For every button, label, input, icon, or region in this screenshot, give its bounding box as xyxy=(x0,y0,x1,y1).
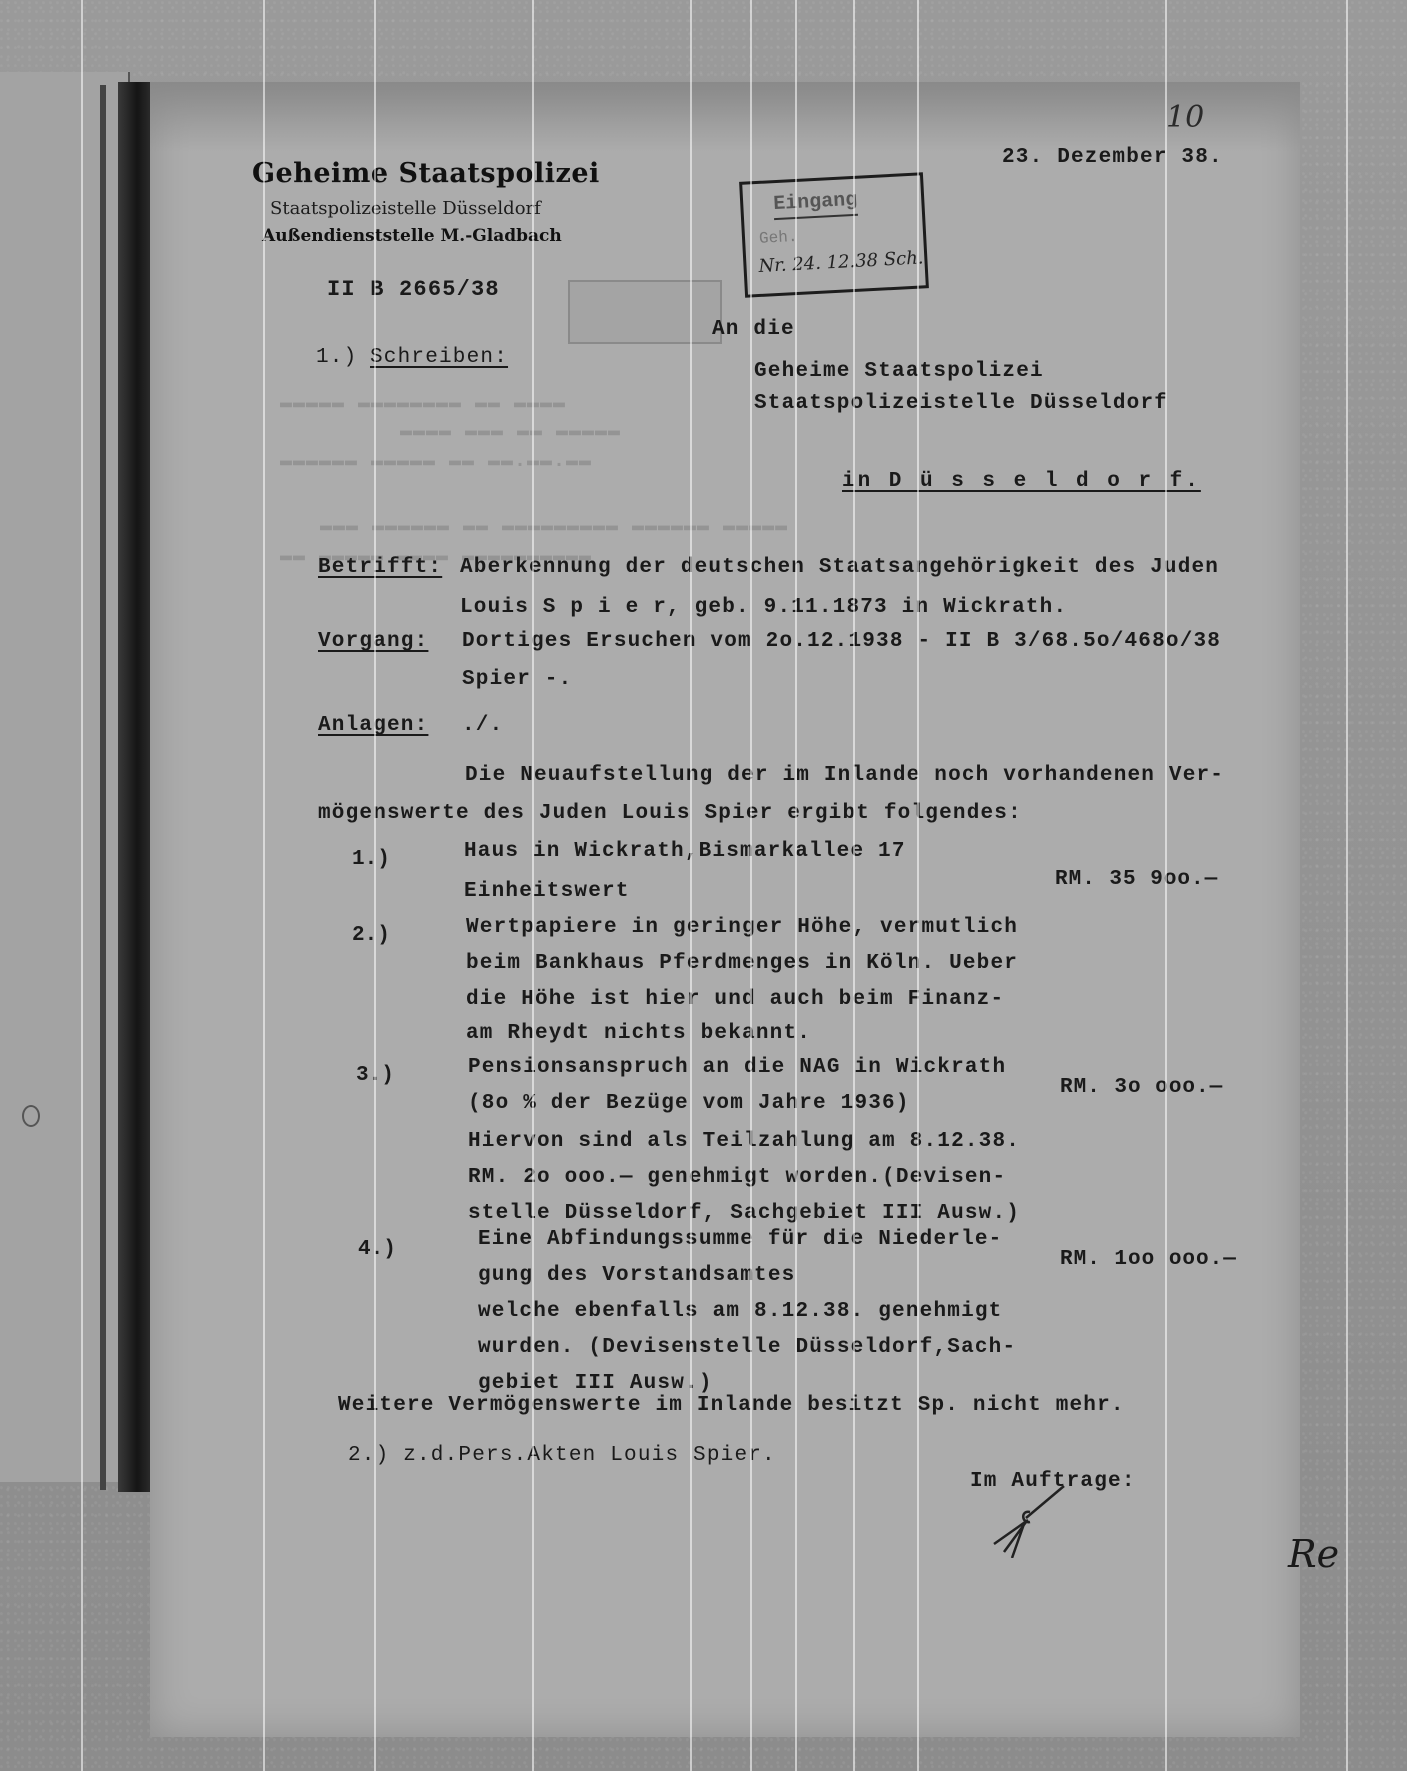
bleed-through-text: ▬▬▬▬▬▬ ▬▬▬▬▬ ▬▬ ▬▬.▬▬.▬▬ xyxy=(280,450,592,473)
receipt-stamp: Eingang Geh. Nr. 24. 12.38 Sch. xyxy=(739,172,929,297)
item-amount: RM. 1oo ooo.— xyxy=(1060,1248,1237,1271)
item-line: (8o % der Bezüge vom Jahre 1936) xyxy=(468,1092,910,1115)
section-1-number: 1.) xyxy=(316,346,357,369)
scan-streak xyxy=(690,0,692,1771)
bleed-through-text: ▬▬▬▬▬ ▬▬▬▬▬▬▬▬ ▬▬ ▬▬▬▬ xyxy=(280,392,566,415)
item-line: stelle Düsseldorf, Sachgebiet III Ausw.) xyxy=(468,1202,1020,1225)
reference-number: II B 2665/38 xyxy=(327,277,500,302)
field-value-line: Aberkennung der deutschen Staatsangehöri… xyxy=(460,556,1219,579)
item-line: die Höhe ist hier und auch beim Finanz- xyxy=(466,988,1004,1011)
bleed-through-text: ▬▬▬▬ ▬▬▬ ▬▬ ▬▬▬▬▬ xyxy=(400,420,621,443)
item-amount: RM. 3o ooo.— xyxy=(1060,1076,1223,1099)
item-number: 1.) xyxy=(352,848,390,871)
section-2-note: 2.) z.d.Pers.Akten Louis Spier. xyxy=(348,1444,776,1467)
addressee-line-2: Staatspolizeistelle Düsseldorf xyxy=(754,392,1168,415)
stamp-handwritten-date: Nr. 24. 12.38 Sch. xyxy=(758,247,924,277)
letterhead-branch: Außendienststelle M.-Gladbach xyxy=(262,226,562,246)
item-line: beim Bankhaus Pferdmenges in Köln. Ueber xyxy=(466,952,1018,975)
binder-spine xyxy=(118,82,150,1492)
letterhead-office: Staatspolizeistelle Düsseldorf xyxy=(270,198,541,219)
closing-statement: Weitere Vermögenswerte im Inlande besitz… xyxy=(338,1394,1125,1417)
item-number: 4.) xyxy=(358,1238,396,1261)
item-line: Eine Abfindungssumme für die Niederle- xyxy=(478,1228,1002,1251)
item-amount: RM. 35 9oo.— xyxy=(1055,868,1218,891)
item-line: Haus in Wickrath,Bismarkallee 17 xyxy=(464,840,906,863)
scan-streak xyxy=(1165,0,1167,1771)
field-value-line: ./. xyxy=(462,714,503,737)
stamp-line: Geh. xyxy=(759,228,798,248)
section-1-label: Schreiben: xyxy=(370,346,508,369)
underlying-sheet xyxy=(0,72,130,1482)
field-label-betrifft: Betrifft: xyxy=(318,556,442,579)
field-value-line: Louis S p i e r, geb. 9.11.1873 in Wickr… xyxy=(460,596,1067,619)
field-value-line: Spier -. xyxy=(462,668,572,691)
letterhead-agency: Geheime Staatspolizei xyxy=(252,158,600,189)
item-line: Einheitswert xyxy=(464,880,630,903)
stamp-title: Eingang xyxy=(773,189,858,220)
item-line: welche ebenfalls am 8.12.38. genehmigt xyxy=(478,1300,1002,1323)
scan-streak xyxy=(263,0,265,1771)
item-line: gebiet III Ausw.) xyxy=(478,1372,713,1395)
punch-hole xyxy=(22,1105,40,1127)
scan-streak xyxy=(917,0,919,1771)
scan-streak xyxy=(750,0,752,1771)
item-line: Hiervon sind als Teilzahlung am 8.12.38. xyxy=(468,1130,1020,1153)
scan-streak xyxy=(853,0,855,1771)
scan-streak xyxy=(532,0,534,1771)
margin-initial: Re xyxy=(1288,1532,1339,1576)
item-line: Pensionsanspruch an die NAG in Wickrath xyxy=(468,1056,1006,1079)
scan-streak xyxy=(1346,0,1348,1771)
signature-scribble xyxy=(990,1478,1070,1558)
item-number: 2.) xyxy=(352,924,390,947)
intro-line: Die Neuaufstellung der im Inlande noch v… xyxy=(465,764,1224,787)
page-number: 10 xyxy=(1166,100,1204,135)
scan-streak xyxy=(795,0,797,1771)
addressee-salutation: An die xyxy=(712,318,795,341)
addressee-city: in D ü s s e l d o r f. xyxy=(842,470,1201,493)
field-value-line: Dortiges Ersuchen vom 2o.12.1938 - II B … xyxy=(462,630,1221,653)
item-line: RM. 2o ooo.— genehmigt worden.(Devisen- xyxy=(468,1166,1006,1189)
item-line: wurden. (Devisenstelle Düsseldorf,Sach- xyxy=(478,1336,1016,1359)
item-line: am Rheydt nichts bekannt. xyxy=(466,1022,811,1045)
addressee-line-1: Geheime Staatspolizei xyxy=(754,360,1044,383)
document-date: 23. Dezember 38. xyxy=(1002,146,1223,169)
faint-stamp xyxy=(568,280,722,344)
binder-edge xyxy=(100,85,106,1490)
item-line: gung des Vorstandsamtes xyxy=(478,1264,795,1287)
scan-streak xyxy=(81,0,83,1771)
item-line: Wertpapiere in geringer Höhe, vermutlich xyxy=(466,916,1018,939)
scan-streak xyxy=(374,0,376,1771)
bleed-through-text: ▬▬▬ ▬▬▬▬▬▬ ▬▬ ▬▬▬▬▬▬▬▬▬ ▬▬▬▬▬▬ ▬▬▬▬▬ xyxy=(320,515,788,538)
